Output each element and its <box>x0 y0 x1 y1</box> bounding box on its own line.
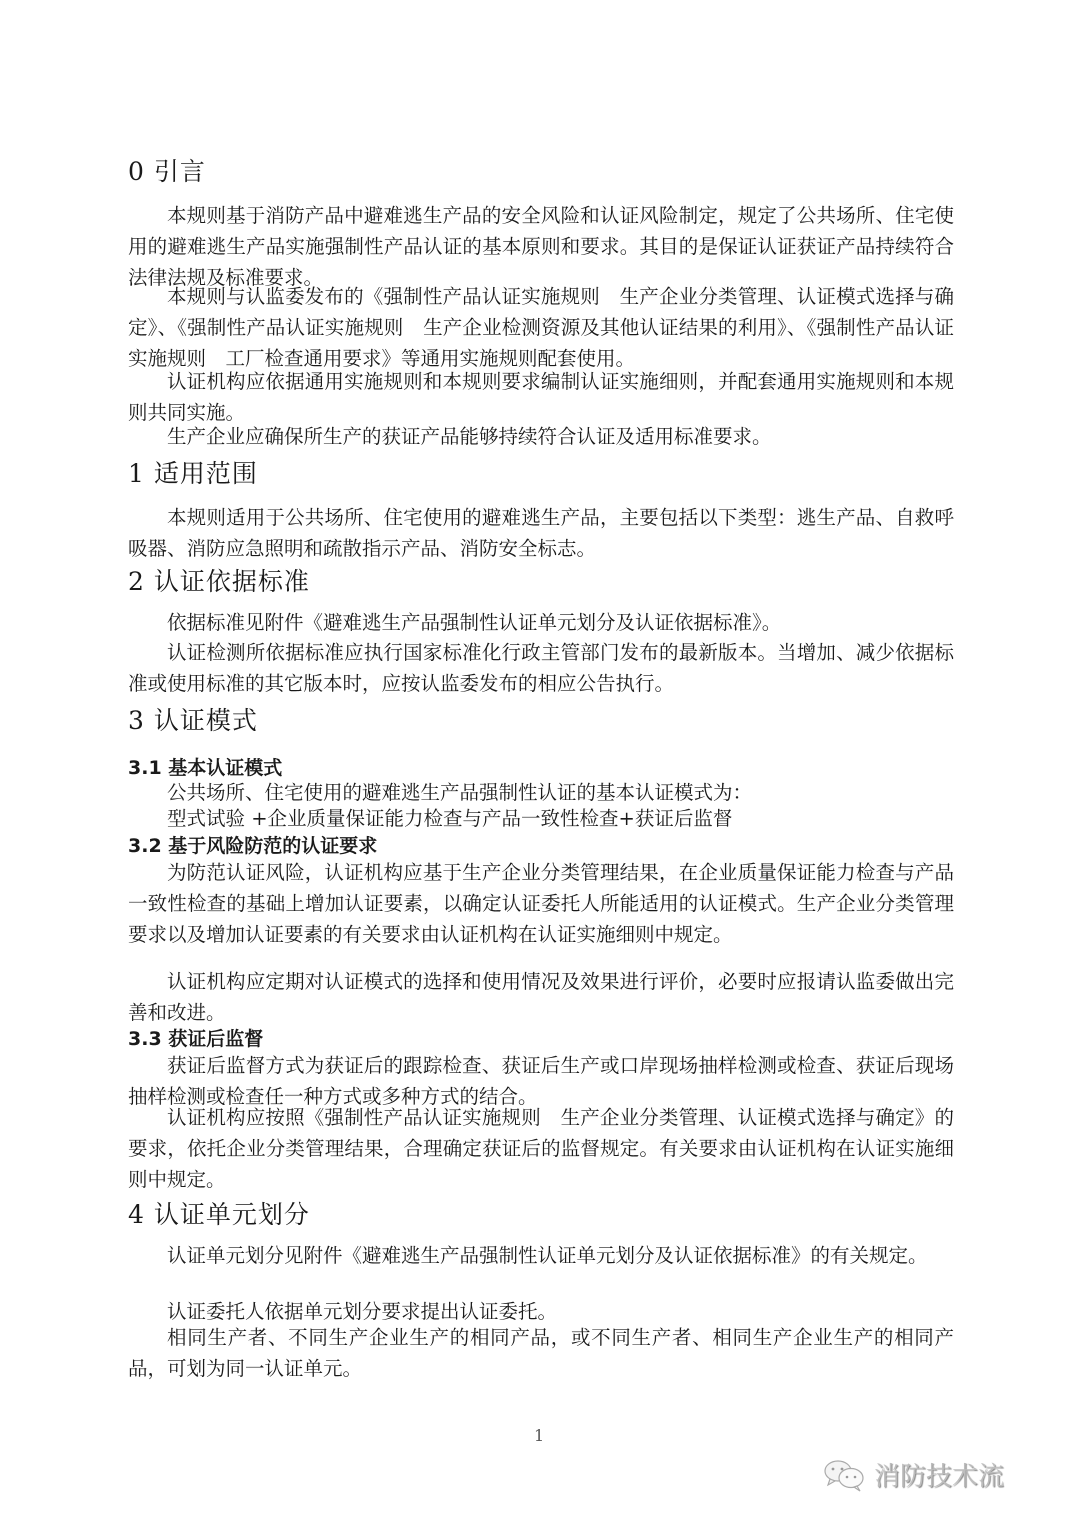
section-heading-4: 4 认证单元划分 <box>128 1199 310 1231</box>
subsection-heading-3-3: 3.3 获证后监督 <box>128 1027 263 1051</box>
paragraph: 本规则与认监委发布的《强制性产品认证实施规则 生产企业分类管理、认证模式选择与确… <box>128 281 954 374</box>
paragraph: 认证单元划分见附件《避难逃生产品强制性认证单元划分及认证依据标准》的有关规定。 <box>128 1240 954 1271</box>
wechat-icon <box>822 1457 868 1493</box>
paragraph: 认证机构应依据通用实施规则和本规则要求编制认证实施细则，并配套通用实施规则和本规… <box>128 366 954 428</box>
paragraph: 为防范认证风险，认证机构应基于生产企业分类管理结果，在企业质量保证能力检查与产品… <box>128 857 954 950</box>
paragraph: 本规则基于消防产品中避难逃生产品的安全风险和认证风险制定，规定了公共场所、住宅使… <box>128 200 954 293</box>
paragraph: 公共场所、住宅使用的避难逃生产品强制性认证的基本认证模式为： <box>128 780 954 806</box>
page-number: 1 <box>534 1426 544 1445</box>
watermark: 消防技术流 <box>822 1456 1004 1493</box>
paragraph: 依据标准见附件《避难逃生产品强制性认证单元划分及认证依据标准》。 <box>128 607 954 638</box>
watermark-text: 消防技术流 <box>874 1456 1004 1493</box>
paragraph: 相同生产者、不同生产企业生产的相同产品，或不同生产者、相同生产企业生产的相同产品… <box>128 1322 954 1384</box>
paragraph: 本规则适用于公共场所、住宅使用的避难逃生产品，主要包括以下类型：逃生产品、自救呼… <box>128 502 954 564</box>
section-heading-0: 0 引言 <box>128 156 206 188</box>
paragraph: 认证检测所依据标准应执行国家标准化行政主管部门发布的最新版本。当增加、减少依据标… <box>128 637 954 699</box>
section-heading-3: 3 认证模式 <box>128 705 258 737</box>
paragraph: 认证机构应按照《强制性产品认证实施规则 生产企业分类管理、认证模式选择与确定》的… <box>128 1102 954 1195</box>
section-heading-2: 2 认证依据标准 <box>128 566 310 598</box>
certification-formula: 型式试验 +企业质量保证能力检查与产品一致性检查+获证后监督 <box>128 806 954 832</box>
paragraph: 认证机构应定期对认证模式的选择和使用情况及效果进行评价，必要时应报请认监委做出完… <box>128 966 954 1028</box>
section-heading-1: 1 适用范围 <box>128 458 258 490</box>
document-page: 0 引言 本规则基于消防产品中避难逃生产品的安全风险和认证风险制定，规定了公共场… <box>0 0 1080 1527</box>
paragraph: 生产企业应确保所生产的获证产品能够持续符合认证及适用标准要求。 <box>128 421 954 452</box>
subsection-heading-3-1: 3.1 基本认证模式 <box>128 756 282 780</box>
subsection-heading-3-2: 3.2 基于风险防范的认证要求 <box>128 834 377 858</box>
